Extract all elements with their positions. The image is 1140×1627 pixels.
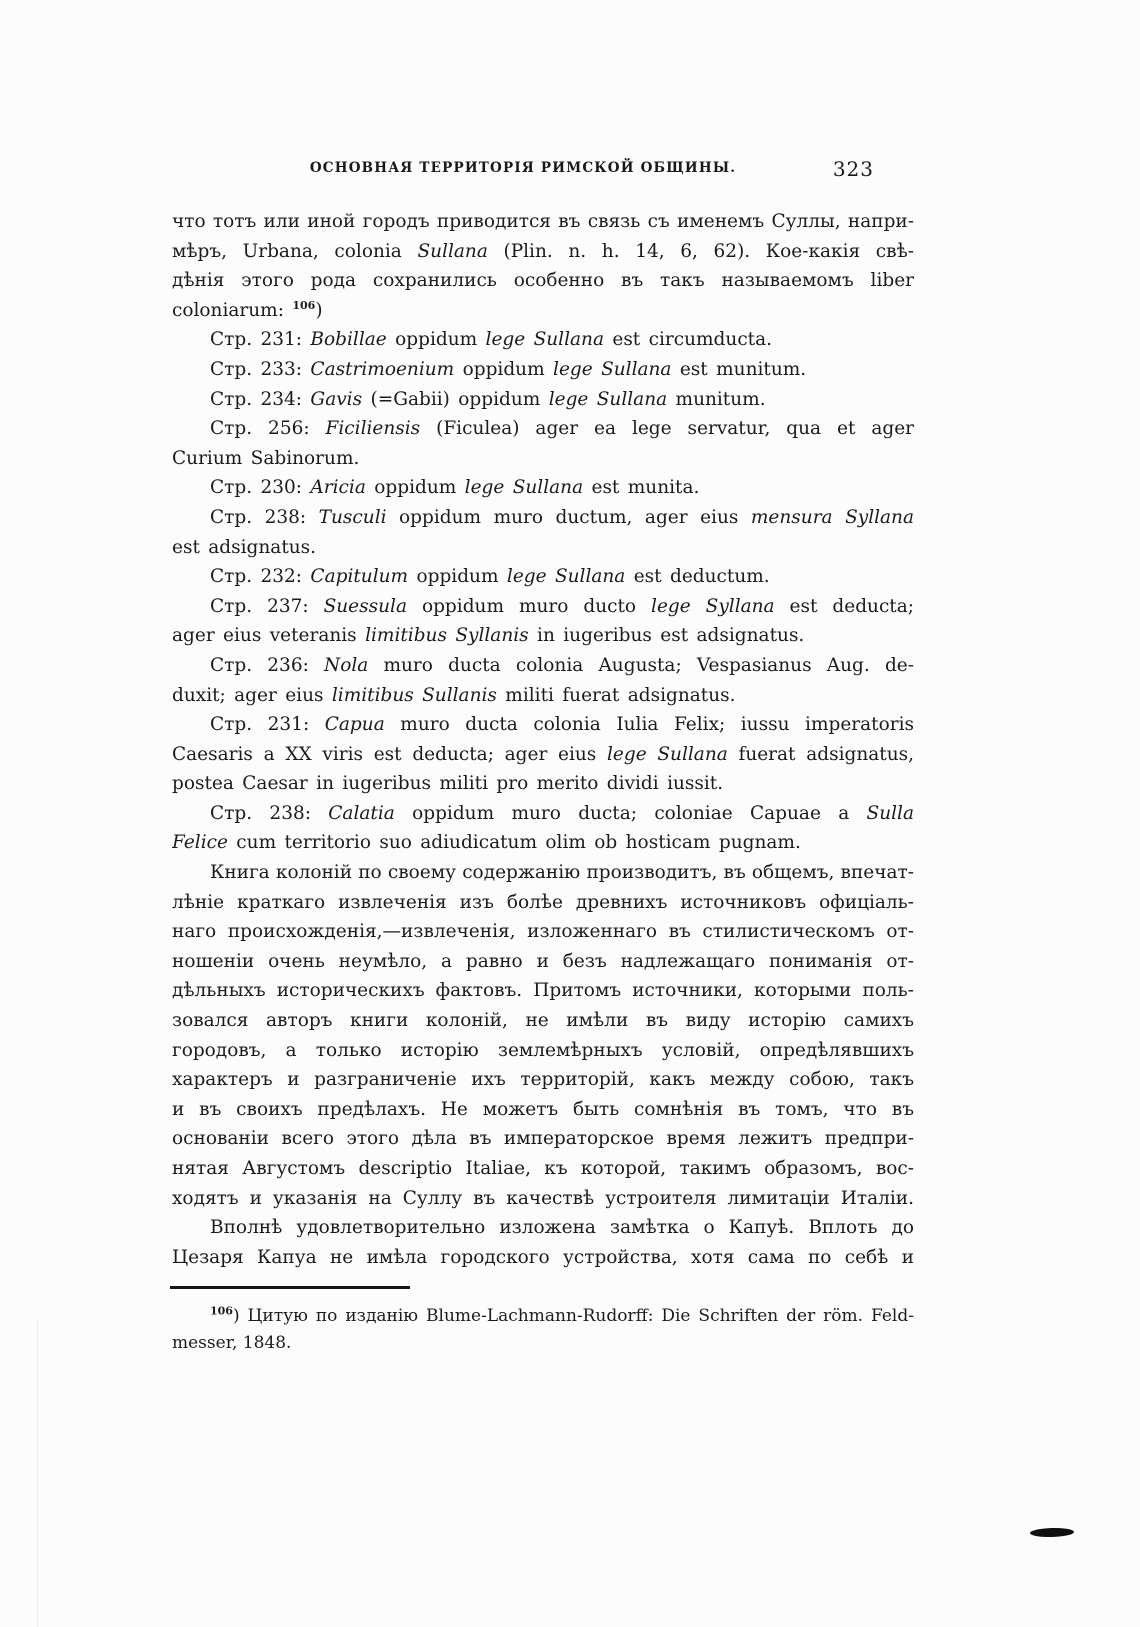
page-number: 323 — [833, 157, 874, 181]
text-line: и въ своихъ предѣлахъ. Не можетъ быть со… — [172, 1095, 914, 1125]
text-segment: ношеніи очень неумѣло, а равно и безъ на… — [172, 951, 914, 972]
text-segment: oppidum muro ductum, ager eius — [387, 507, 751, 528]
text-segment: Стр. 238: — [210, 803, 328, 824]
text-segment: Gavis — [310, 389, 362, 410]
text-segment: (Ficulea) ager ea lege servatur, qua et … — [420, 418, 914, 439]
text-line: характеръ и разграниченіе ихъ территорій… — [172, 1065, 914, 1095]
text-line: Книга колоній по своему содержанію произ… — [172, 858, 914, 888]
text-segment: нятая Августомъ descriptio Italiae, къ к… — [172, 1158, 914, 1179]
text-line: Стр. 232: Capitulum oppidum lege Sullana… — [172, 562, 914, 592]
text-segment: Curium Sabinorum. — [172, 448, 359, 469]
page-edge-artifact — [37, 1318, 38, 1627]
text-segment: est adsignatus. — [172, 537, 316, 558]
text-segment: ager eius veteranis — [172, 625, 365, 646]
footnote-separator — [170, 1286, 410, 1289]
text-segment: fuerat adsignatus, — [728, 744, 914, 765]
text-line: ager eius veteranis limitibus Syllanis i… — [172, 621, 914, 651]
text-segment: (Plin. n. h. 14, 6, 62). Кое-какія свѣ- — [488, 241, 914, 262]
footnote-marker: 106 — [210, 1304, 233, 1317]
text-line: зовался авторъ книги колоній, не имѣли в… — [172, 1006, 914, 1036]
text-segment: Aricia — [310, 477, 365, 498]
text-segment: Стр. 230: — [210, 477, 310, 498]
text-segment: Suessula — [324, 596, 407, 617]
text-line: messer, 1848. — [172, 1330, 914, 1357]
text-segment: cum territorio suo adiudicatum olim ob h… — [228, 832, 801, 853]
text-segment: Стр. 234: — [210, 389, 310, 410]
text-line: ходятъ и указанія на Суллу въ качествѣ у… — [172, 1184, 914, 1214]
text-segment: что тотъ или иной городъ приводится въ с… — [172, 211, 914, 232]
text-segment: Стр. 237: — [210, 596, 324, 617]
text-line: Стр. 233: Castrimoenium oppidum lege Sul… — [172, 355, 914, 385]
text-line: Felice cum territorio suo adiudicatum ol… — [172, 828, 914, 858]
text-line: Стр. 256: Ficiliensis (Ficulea) ager ea … — [172, 414, 914, 444]
text-segment: мѣръ, Urbana, colonia — [172, 241, 417, 262]
scanned-book-page: ОСНОВНАЯ ТЕРРИТОРІЯ РИМСКОЙ ОБЩИНЫ. 323 … — [0, 0, 1140, 1627]
text-segment: Capua — [325, 714, 385, 735]
text-segment: Стр. 231: — [210, 714, 325, 735]
ink-smudge-artifact — [1030, 1527, 1074, 1537]
text-segment: oppidum — [387, 329, 486, 350]
text-line: городовъ, а только исторію землемѣрныхъ … — [172, 1036, 914, 1066]
text-line: 106) Цитую по изданію Blume-Lachmann-Rud… — [172, 1303, 914, 1330]
text-segment: Стр. 232: — [210, 566, 310, 587]
text-segment: наго происхожденія,—извлеченія, изложенн… — [172, 921, 914, 942]
text-line: Цезаря Капуа не имѣла городского устройс… — [172, 1243, 914, 1273]
text-line: дѣнія этого рода сохранились особенно въ… — [172, 266, 914, 296]
text-segment: дѣльныхъ историческихъ фактовъ. Притомъ … — [172, 980, 914, 1001]
text-segment: Стр. 231: — [210, 329, 310, 350]
text-segment: oppidum — [454, 359, 553, 380]
text-line: наго происхожденія,—извлеченія, изложенн… — [172, 917, 914, 947]
text-segment: зовался авторъ книги колоній, не имѣли в… — [172, 1010, 914, 1031]
text-segment: in iugeribus est adsignatus. — [529, 625, 805, 646]
text-segment: основаніи всего этого дѣла въ императорс… — [172, 1128, 914, 1149]
text-segment: est munita. — [583, 477, 699, 498]
text-segment: характеръ и разграниченіе ихъ территорій… — [172, 1069, 914, 1090]
text-segment: muro ducta colonia Augusta; Vespasianus … — [368, 655, 914, 676]
text-segment: Sulla — [867, 803, 914, 824]
text-line: Стр. 238: Calatia oppidum muro ducta; co… — [172, 799, 914, 829]
text-segment: est deducta; — [775, 596, 914, 617]
text-segment: oppidum — [366, 477, 465, 498]
page-header: ОСНОВНАЯ ТЕРРИТОРІЯ РИМСКОЙ ОБЩИНЫ. 323 — [172, 160, 914, 188]
text-segment: est deductum. — [625, 566, 769, 587]
text-segment: ходятъ и указанія на Суллу въ качествѣ у… — [172, 1188, 914, 1209]
text-segment: городовъ, а только исторію землемѣрныхъ … — [172, 1040, 914, 1061]
running-title: ОСНОВНАЯ ТЕРРИТОРІЯ РИМСКОЙ ОБЩИНЫ. — [172, 160, 914, 176]
text-segment: (=Gabii) oppidum — [362, 389, 549, 410]
text-segment: limitibus Sullanis — [332, 685, 497, 706]
footnote-marker: 106 — [292, 299, 315, 312]
text-segment: oppidum muro ducta; coloniae Capuae a — [395, 803, 867, 824]
text-segment: Felice — [172, 832, 228, 853]
text-line: coloniarum: 106) — [172, 296, 914, 326]
text-segment: messer, 1848. — [172, 1333, 291, 1353]
text-line: Curium Sabinorum. — [172, 444, 914, 474]
text-line: что тотъ или иной городъ приводится въ с… — [172, 207, 914, 237]
text-segment: дѣнія этого рода сохранились особенно въ… — [172, 270, 914, 291]
text-segment: muro ducta colonia Iulia Felix; iussu im… — [385, 714, 914, 735]
text-line: нятая Августомъ descriptio Italiae, къ к… — [172, 1154, 914, 1184]
text-segment: lege Sullana — [507, 566, 625, 587]
footnote-text: 106) Цитую по изданію Blume-Lachmann-Rud… — [172, 1303, 914, 1356]
text-segment: Цезаря Капуа не имѣла городского устройс… — [172, 1247, 914, 1268]
text-line: Стр. 234: Gavis (=Gabii) oppidum lege Su… — [172, 385, 914, 415]
text-segment: duxit; ager eius — [172, 685, 332, 706]
text-segment: est circumducta. — [604, 329, 772, 350]
text-line: duxit; ager eius limitibus Sullanis mili… — [172, 681, 914, 711]
text-segment: lege Sullana — [549, 389, 667, 410]
text-segment: Книга колоній по своему содержанію произ… — [210, 862, 914, 883]
text-segment: Стр. 236: — [210, 655, 324, 676]
text-line: мѣръ, Urbana, colonia Sullana (Plin. n. … — [172, 237, 914, 267]
text-segment: postea Caesar in iugeribus militi pro me… — [172, 773, 723, 794]
text-segment: Castrimoenium — [310, 359, 454, 380]
text-segment: Capitulum — [310, 566, 408, 587]
text-segment: Стр. 256: — [210, 418, 326, 439]
text-segment: Bobillae — [310, 329, 386, 350]
text-line: лѣніе краткаго извлеченія изъ болѣе древ… — [172, 888, 914, 918]
text-line: ношеніи очень неумѣло, а равно и безъ на… — [172, 947, 914, 977]
text-segment: Ficiliensis — [326, 418, 421, 439]
text-segment: и въ своихъ предѣлахъ. Не можетъ быть со… — [172, 1099, 914, 1120]
text-line: Стр. 237: Suessula oppidum muro ducto le… — [172, 592, 914, 622]
text-line: Caesaris a XX viris est deducta; ager ei… — [172, 740, 914, 770]
text-line: Стр. 231: Bobillae oppidum lege Sullana … — [172, 325, 914, 355]
text-line: Стр. 236: Nola muro ducta colonia August… — [172, 651, 914, 681]
text-segment: est munitum. — [671, 359, 806, 380]
text-line: Стр. 231: Capua muro ducta colonia Iulia… — [172, 710, 914, 740]
text-segment: Caesaris a XX viris est deducta; ager ei… — [172, 744, 607, 765]
text-segment: лѣніе краткаго извлеченія изъ болѣе древ… — [172, 892, 914, 913]
text-segment: ) Цитую по изданію Blume-Lachmann-Rudorf… — [233, 1306, 914, 1326]
text-segment: Стр. 238: — [210, 507, 319, 528]
text-line: основаніи всего этого дѣла въ императорс… — [172, 1124, 914, 1154]
text-segment: lege Sullana — [553, 359, 671, 380]
text-line: Вполнѣ удовлетворительно изложена замѣтк… — [172, 1213, 914, 1243]
text-segment: Tusculi — [319, 507, 387, 528]
text-segment: Sullana — [417, 241, 487, 262]
text-segment: coloniarum: — [172, 300, 292, 321]
text-line: postea Caesar in iugeribus militi pro me… — [172, 769, 914, 799]
text-segment: militi fuerat adsignatus. — [497, 685, 736, 706]
text-line: дѣльныхъ историческихъ фактовъ. Притомъ … — [172, 976, 914, 1006]
text-line: est adsignatus. — [172, 533, 914, 563]
text-segment: lege Syllana — [651, 596, 775, 617]
text-segment: Calatia — [328, 803, 395, 824]
text-segment: Nola — [324, 655, 368, 676]
text-line: Стр. 230: Aricia oppidum lege Sullana es… — [172, 473, 914, 503]
body-text: что тотъ или иной городъ приводится въ с… — [172, 207, 914, 1272]
text-line: Стр. 238: Tusculi oppidum muro ductum, a… — [172, 503, 914, 533]
text-segment: lege Sullana — [486, 329, 604, 350]
text-segment: Стр. 233: — [210, 359, 310, 380]
text-segment: lege Sullana — [465, 477, 583, 498]
text-segment: limitibus Syllanis — [365, 625, 529, 646]
text-segment: Вполнѣ удовлетворительно изложена замѣтк… — [210, 1217, 914, 1238]
text-segment: ) — [315, 300, 322, 321]
text-segment: munitum. — [667, 389, 765, 410]
text-segment: oppidum muro ducto — [407, 596, 651, 617]
text-segment: mensura Syllana — [751, 507, 914, 528]
text-segment: oppidum — [408, 566, 507, 587]
text-segment: lege Sullana — [607, 744, 728, 765]
